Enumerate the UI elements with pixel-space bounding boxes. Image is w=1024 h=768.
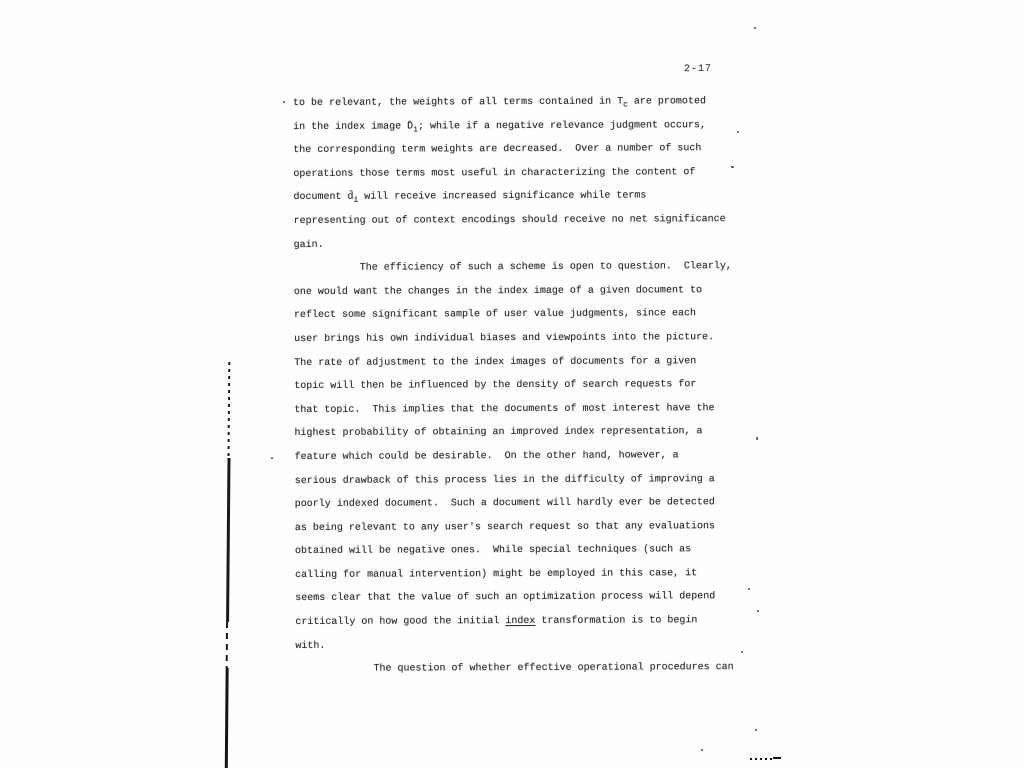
text-line: poorly indexed document. Such a document…	[295, 491, 745, 517]
text-line: as being relevant to any user's search r…	[295, 515, 745, 541]
text-line: highest probability of obtaining an impr…	[294, 420, 744, 446]
scan-speck	[755, 729, 757, 731]
scan-speck	[756, 437, 758, 440]
scanned-document-page: 2-17 to be relevant, the weights of all …	[0, 0, 1024, 768]
text-line: operations those terms most useful in ch…	[293, 161, 743, 187]
text-line: representing out of context encodings sh…	[294, 208, 744, 234]
text-line: with.	[295, 633, 745, 659]
scan-edge-artifact-solid-segment	[226, 458, 230, 622]
scan-speck	[741, 651, 743, 653]
text-line: in the index image D̄i; while if a negat…	[293, 114, 743, 140]
scan-speck	[748, 588, 750, 590]
scan-dash-mark	[773, 757, 781, 759]
text-line: reflect some significant sample of user …	[294, 302, 744, 328]
text-line: obtained will be negative ones. While sp…	[295, 538, 745, 564]
document-text-block: to be relevant, the weights of all terms…	[293, 90, 746, 682]
text-line: The efficiency of such a scheme is open …	[294, 255, 744, 281]
scan-speck	[737, 131, 739, 133]
scan-edge-artifact-dotted-segment	[227, 362, 230, 458]
text-line: serious drawback of this process lies in…	[295, 468, 745, 494]
text-line: critically on how good the initial index…	[295, 609, 745, 635]
scan-dotted-mark	[750, 758, 772, 760]
text-line: feature which could be desirable. On the…	[295, 444, 745, 470]
text-line: to be relevant, the weights of all terms…	[293, 90, 743, 116]
scan-speck	[757, 610, 759, 612]
text-line: that topic. This implies that the docume…	[294, 397, 744, 423]
text-line: user brings his own individual biases an…	[294, 326, 744, 352]
text-line: calling for manual intervention) might b…	[295, 562, 745, 588]
page-number: 2-17	[684, 64, 712, 75]
text-line: gain.	[294, 232, 744, 258]
scan-speck	[271, 457, 273, 459]
text-line: The rate of adjustment to the index imag…	[294, 350, 744, 376]
text-line: one would want the changes in the index …	[294, 279, 744, 305]
text-line: topic will then be influenced by the den…	[294, 373, 744, 399]
scan-edge-artifact	[225, 0, 242, 768]
text-line: The question of whether effective operat…	[295, 656, 745, 682]
scan-speck	[754, 27, 756, 29]
scan-speck	[701, 749, 703, 751]
text-line: the corresponding term weights are decre…	[293, 137, 743, 163]
scan-edge-artifact-solid-segment	[225, 668, 229, 768]
scan-edge-artifact-dashed-segment	[226, 622, 228, 668]
text-line: document d̄i will receive increased sign…	[293, 184, 743, 210]
scan-speck	[731, 166, 734, 168]
text-line: seems clear that the value of such an op…	[295, 586, 745, 612]
scan-speck	[283, 101, 285, 103]
